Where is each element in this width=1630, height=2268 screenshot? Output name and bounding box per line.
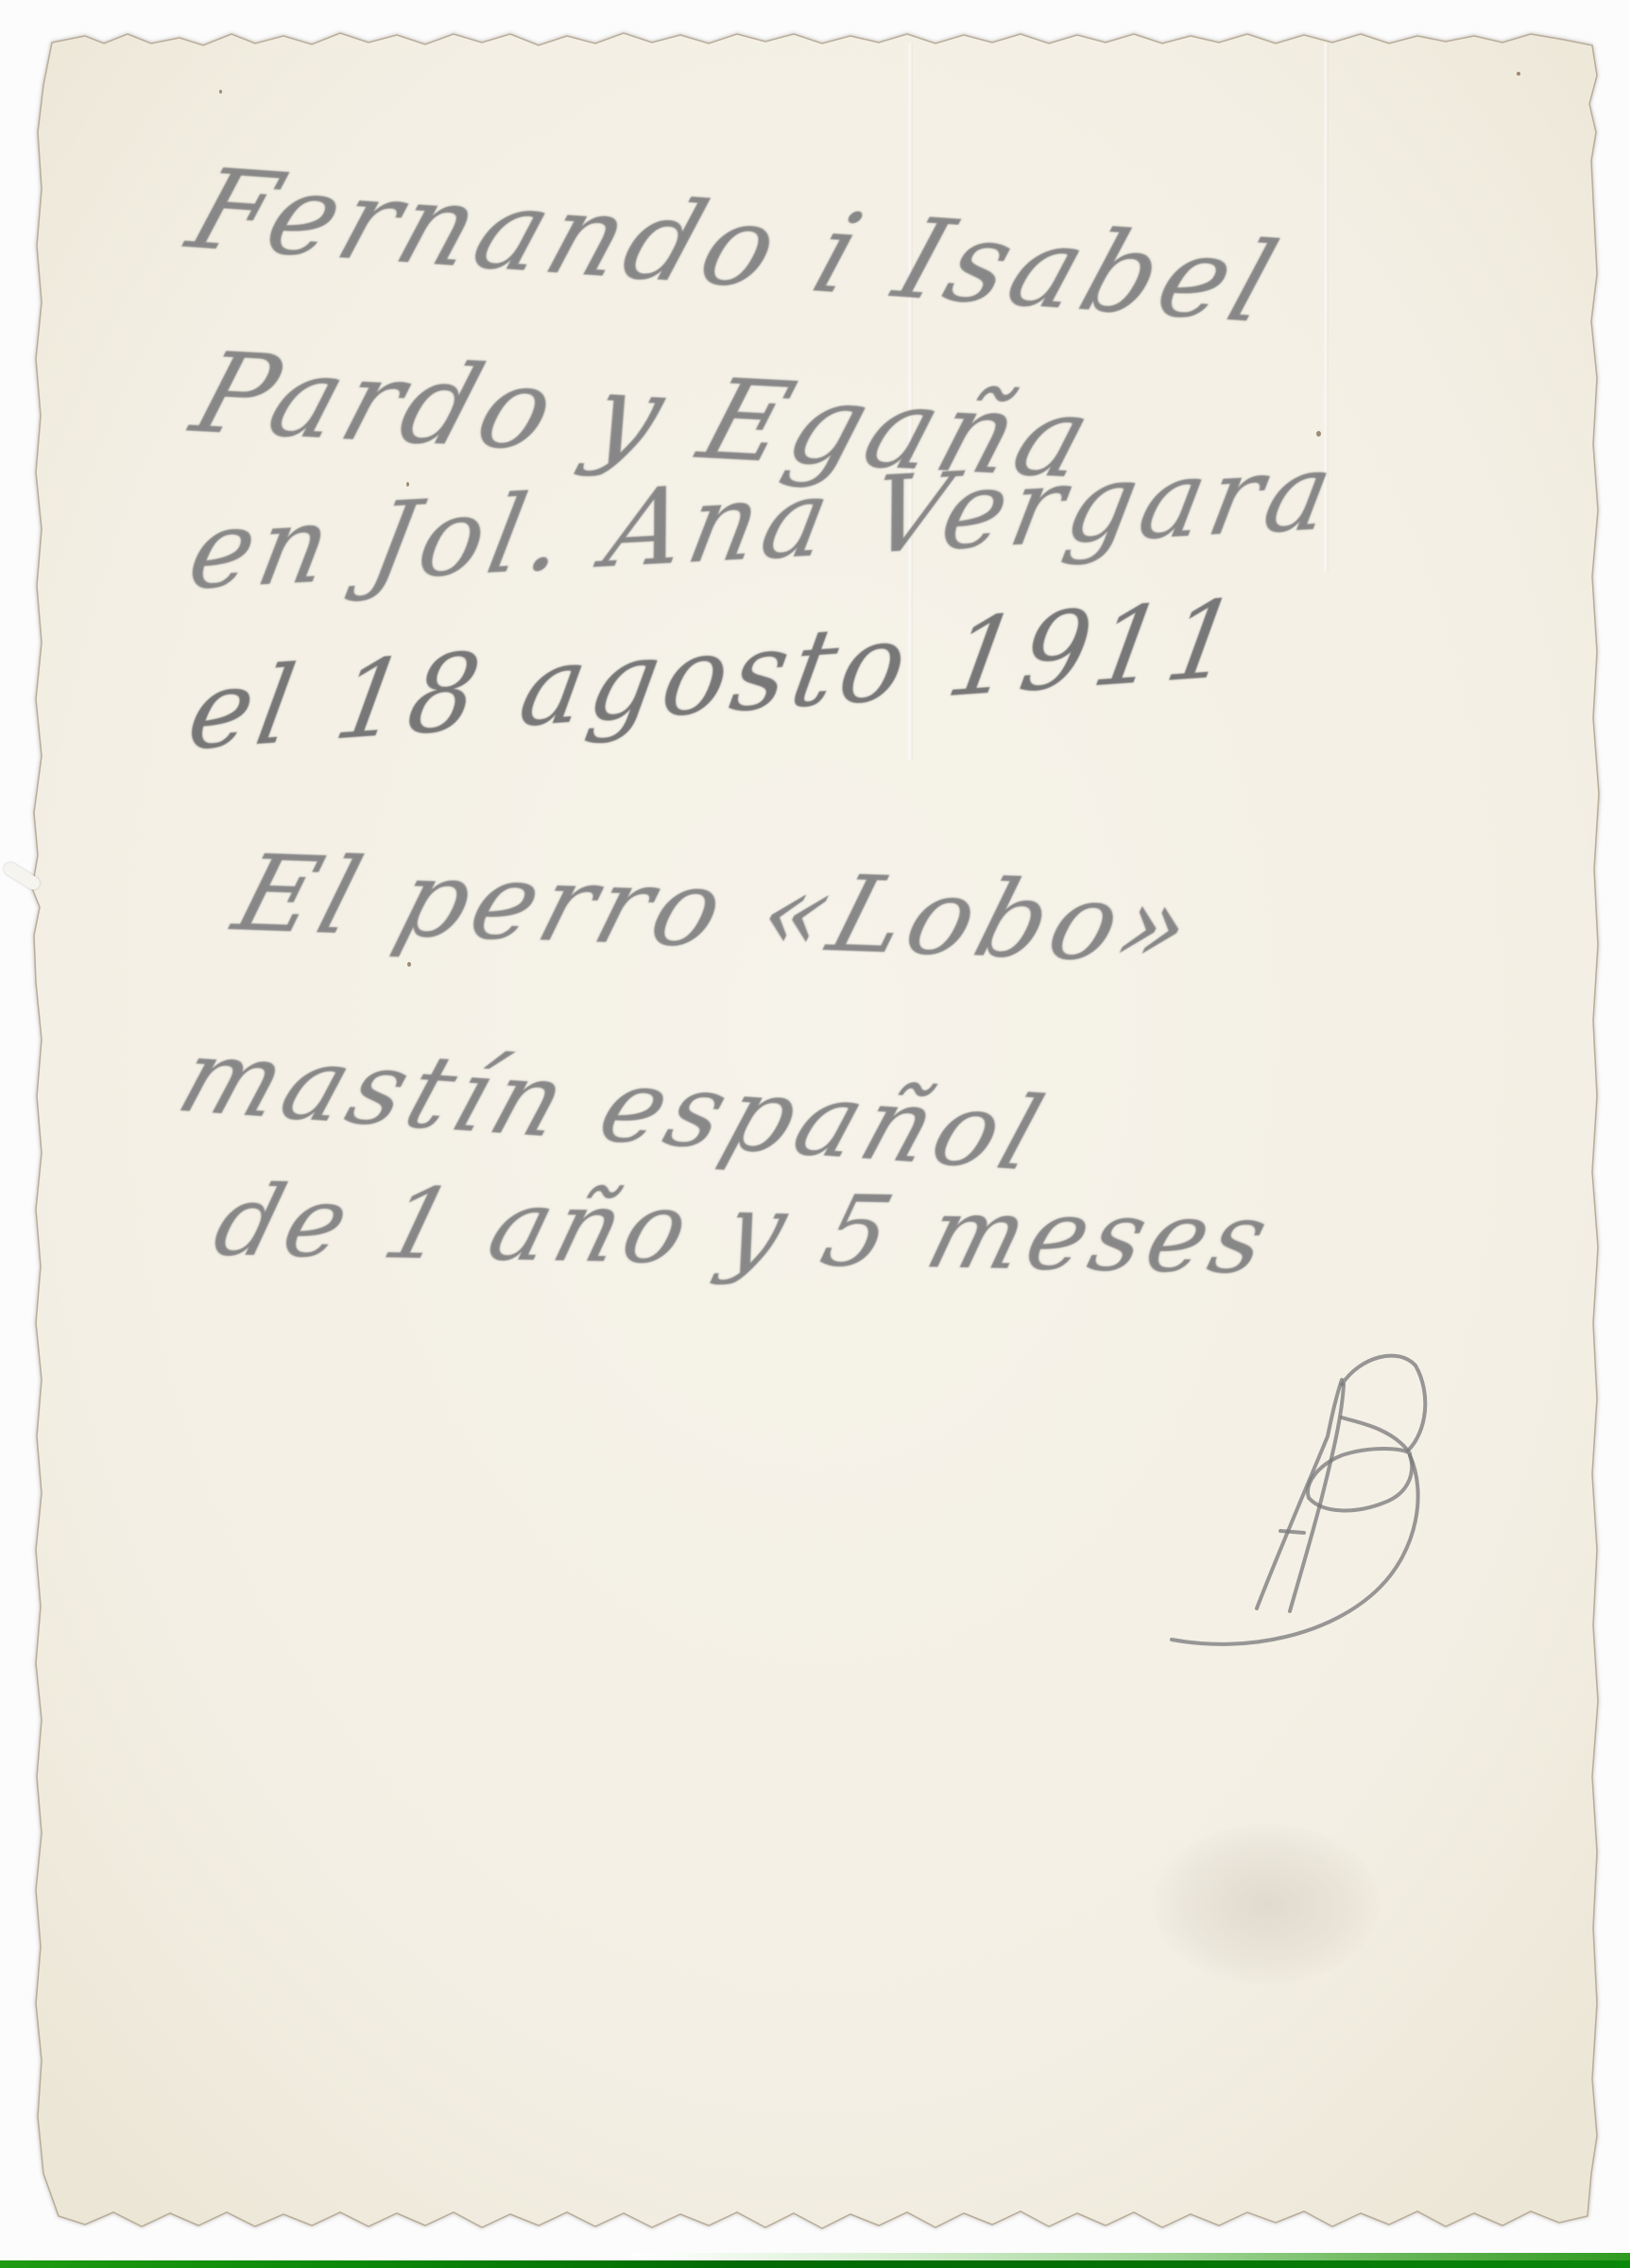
inscription-line-5: El perro «Lobo»	[222, 833, 1210, 988]
scanned-photo-back: Fernando i Isabel Pardo y Egaña en Jol. …	[0, 0, 1630, 2268]
footer-bar-gradient	[633, 2253, 1630, 2260]
inscription-line-1: Fernando i Isabel	[175, 145, 1296, 348]
inscription-line-4: el 18 agosto 1911	[180, 576, 1252, 775]
inscription-line-7: de 1 año y 5 meses	[203, 1163, 1285, 1297]
footer-bar	[0, 2260, 1630, 2268]
pencil-inscription: Fernando i Isabel Pardo y Egaña en Jol. …	[0, 0, 1630, 2268]
monogram-signature	[1115, 1304, 1455, 1682]
